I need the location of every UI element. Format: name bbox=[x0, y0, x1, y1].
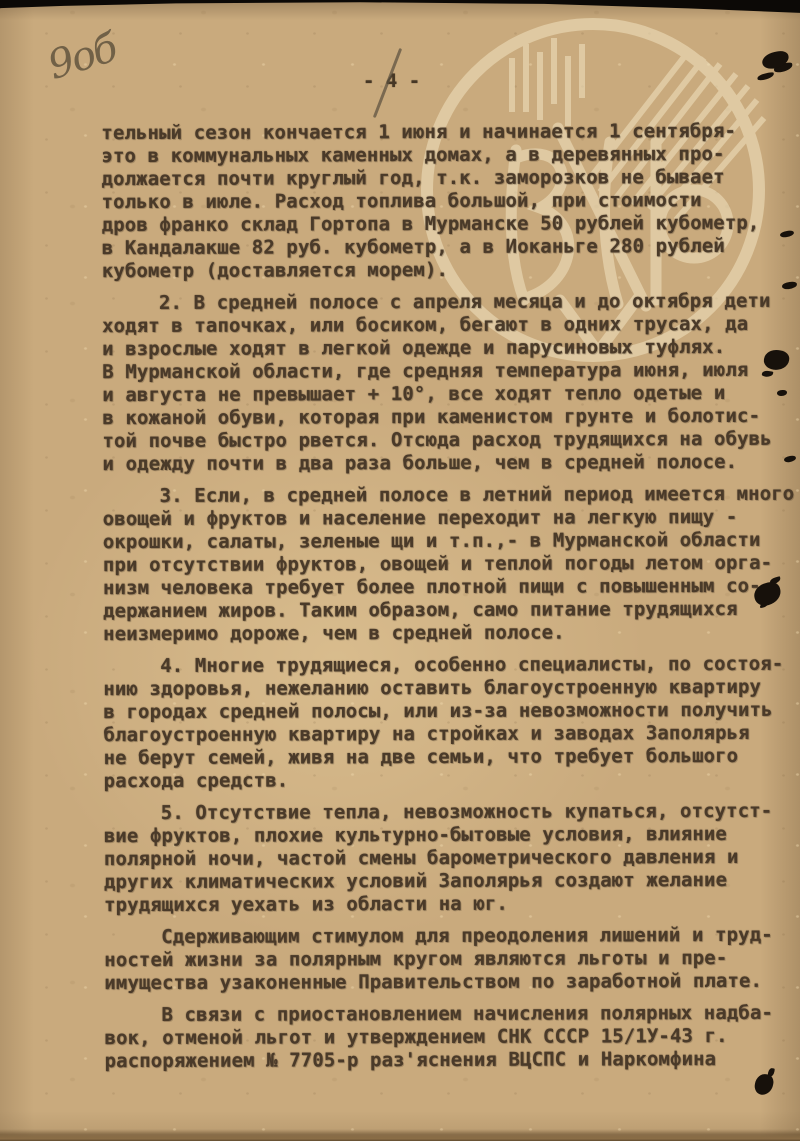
typewritten-line: держанием жиров. Таким образом, само пит… bbox=[103, 598, 775, 623]
typewritten-line: ностей жизни за полярным кругом являются… bbox=[104, 947, 776, 972]
ink-blot bbox=[753, 1073, 774, 1097]
typewritten-line: вок, отменой льгот и утверждением СНК СС… bbox=[105, 1025, 777, 1050]
typewritten-line: 5. Отсутствие тепла, невозможность купат… bbox=[104, 800, 776, 825]
typewritten-line: расхода средств. bbox=[104, 768, 776, 793]
typewritten-line: овощей и фруктов и население переходит н… bbox=[103, 506, 775, 531]
ink-blot bbox=[782, 281, 798, 290]
typewritten-line: той почве быстро рвется. Отсюда расход т… bbox=[102, 428, 774, 453]
typewritten-line: В Мурманской области, где средняя темпер… bbox=[102, 359, 774, 384]
ink-blot bbox=[780, 230, 795, 238]
paragraph: 5. Отсутствие тепла, невозможность купат… bbox=[104, 800, 776, 917]
typewritten-line: неизмеримо дороже, чем в средней полосе. bbox=[103, 621, 775, 646]
typewritten-line: и августа не превышает + 10°, все ходят … bbox=[102, 382, 774, 407]
typewritten-line: 4. Многие трудящиеся, особенно специалис… bbox=[103, 653, 775, 678]
handwritten-folio-number: 9об bbox=[43, 25, 121, 89]
document-body: тельный сезон кончается 1 июня и начинае… bbox=[101, 120, 776, 1073]
typewritten-line: 2. В средней полосе с апреля месяца и до… bbox=[102, 290, 774, 315]
typewritten-line: имущества узаконенные Правительством по … bbox=[104, 970, 776, 995]
paragraph: 2. В средней полосе с апреля месяца и до… bbox=[102, 290, 775, 476]
typewritten-line: ходят в тапочках, или босиком, бегают в … bbox=[102, 313, 774, 338]
typewritten-line: полярной ночи, частой смены барометричес… bbox=[104, 846, 776, 871]
typewritten-line: в городах средней полосы, или из-за нево… bbox=[103, 699, 775, 724]
typewritten-line: в Кандалакше 82 руб. кубометр, а в Иокан… bbox=[102, 235, 774, 260]
typewritten-line: не берут семей, живя на две семьи, что т… bbox=[104, 745, 776, 770]
typewritten-line: при отсутствии фруктов, овощей и теплой … bbox=[103, 552, 775, 577]
typewritten-line: благоустроенную квартиру на стройках и з… bbox=[103, 722, 775, 747]
paragraph: В связи с приостановлением начисления по… bbox=[104, 1002, 776, 1073]
typewritten-line: трудящихся уехать из области на юг. bbox=[104, 892, 776, 917]
scan-top-edge bbox=[0, 0, 800, 14]
scan-bottom-edge bbox=[0, 1129, 800, 1141]
typewritten-line: только в июле. Расход топлива большой, п… bbox=[102, 189, 774, 214]
ink-blot bbox=[761, 49, 791, 70]
typewritten-line: дров франко склад Гортопа в Мурманске 50… bbox=[102, 212, 774, 237]
paper-crease bbox=[0, 0, 43, 54]
typewritten-line: и взрослые ходят в легкой одежде и парус… bbox=[102, 336, 774, 361]
typewritten-line: это в коммунальных каменных домах, а в д… bbox=[101, 143, 773, 168]
typewritten-line: Сдерживающим стимулом для преодоления ли… bbox=[104, 924, 776, 949]
paragraph: 4. Многие трудящиеся, особенно специалис… bbox=[103, 653, 775, 793]
paragraph: Сдерживающим стимулом для преодоления ли… bbox=[104, 924, 776, 995]
typewritten-line: низм человека требует более плотной пищи… bbox=[103, 575, 775, 600]
typewritten-line: В связи с приостановлением начисления по… bbox=[104, 1002, 776, 1027]
typewritten-line: тельный сезон кончается 1 июня и начинае… bbox=[101, 120, 773, 145]
typewritten-line: окрошки, салаты, зеленые щи и т.п.,- в М… bbox=[103, 529, 775, 554]
typewritten-line: 3. Если, в средней полосе в летний перио… bbox=[103, 483, 775, 508]
paragraph: тельный сезон кончается 1 июня и начинае… bbox=[101, 120, 774, 283]
typewritten-line: кубометр (доставляется морем). bbox=[102, 258, 774, 283]
typewritten-line: и одежду почти в два раза больше, чем в … bbox=[102, 451, 774, 476]
paragraph: 3. Если, в средней полосе в летний перио… bbox=[103, 483, 776, 646]
typewritten-line: в кожаной обуви, которая при каменистом … bbox=[102, 405, 774, 430]
typewritten-line: должается почти круглый год, т.к. заморо… bbox=[102, 166, 774, 191]
typewritten-line: распоряжением № 7705-р раз'яснения ВЦСПС… bbox=[105, 1048, 777, 1073]
typewritten-line: вие фруктов, плохие культурно-бытовые ус… bbox=[104, 823, 776, 848]
typewritten-line: нию здоровья, нежеланию оставить благоус… bbox=[103, 676, 775, 701]
scanned-document-page: 9об - 4 - тельный сезон кончается 1 июня… bbox=[0, 0, 800, 1141]
ink-blot bbox=[784, 455, 797, 463]
ink-blot bbox=[777, 390, 787, 396]
typewritten-line: других климатических условий Заполярья с… bbox=[104, 869, 776, 894]
